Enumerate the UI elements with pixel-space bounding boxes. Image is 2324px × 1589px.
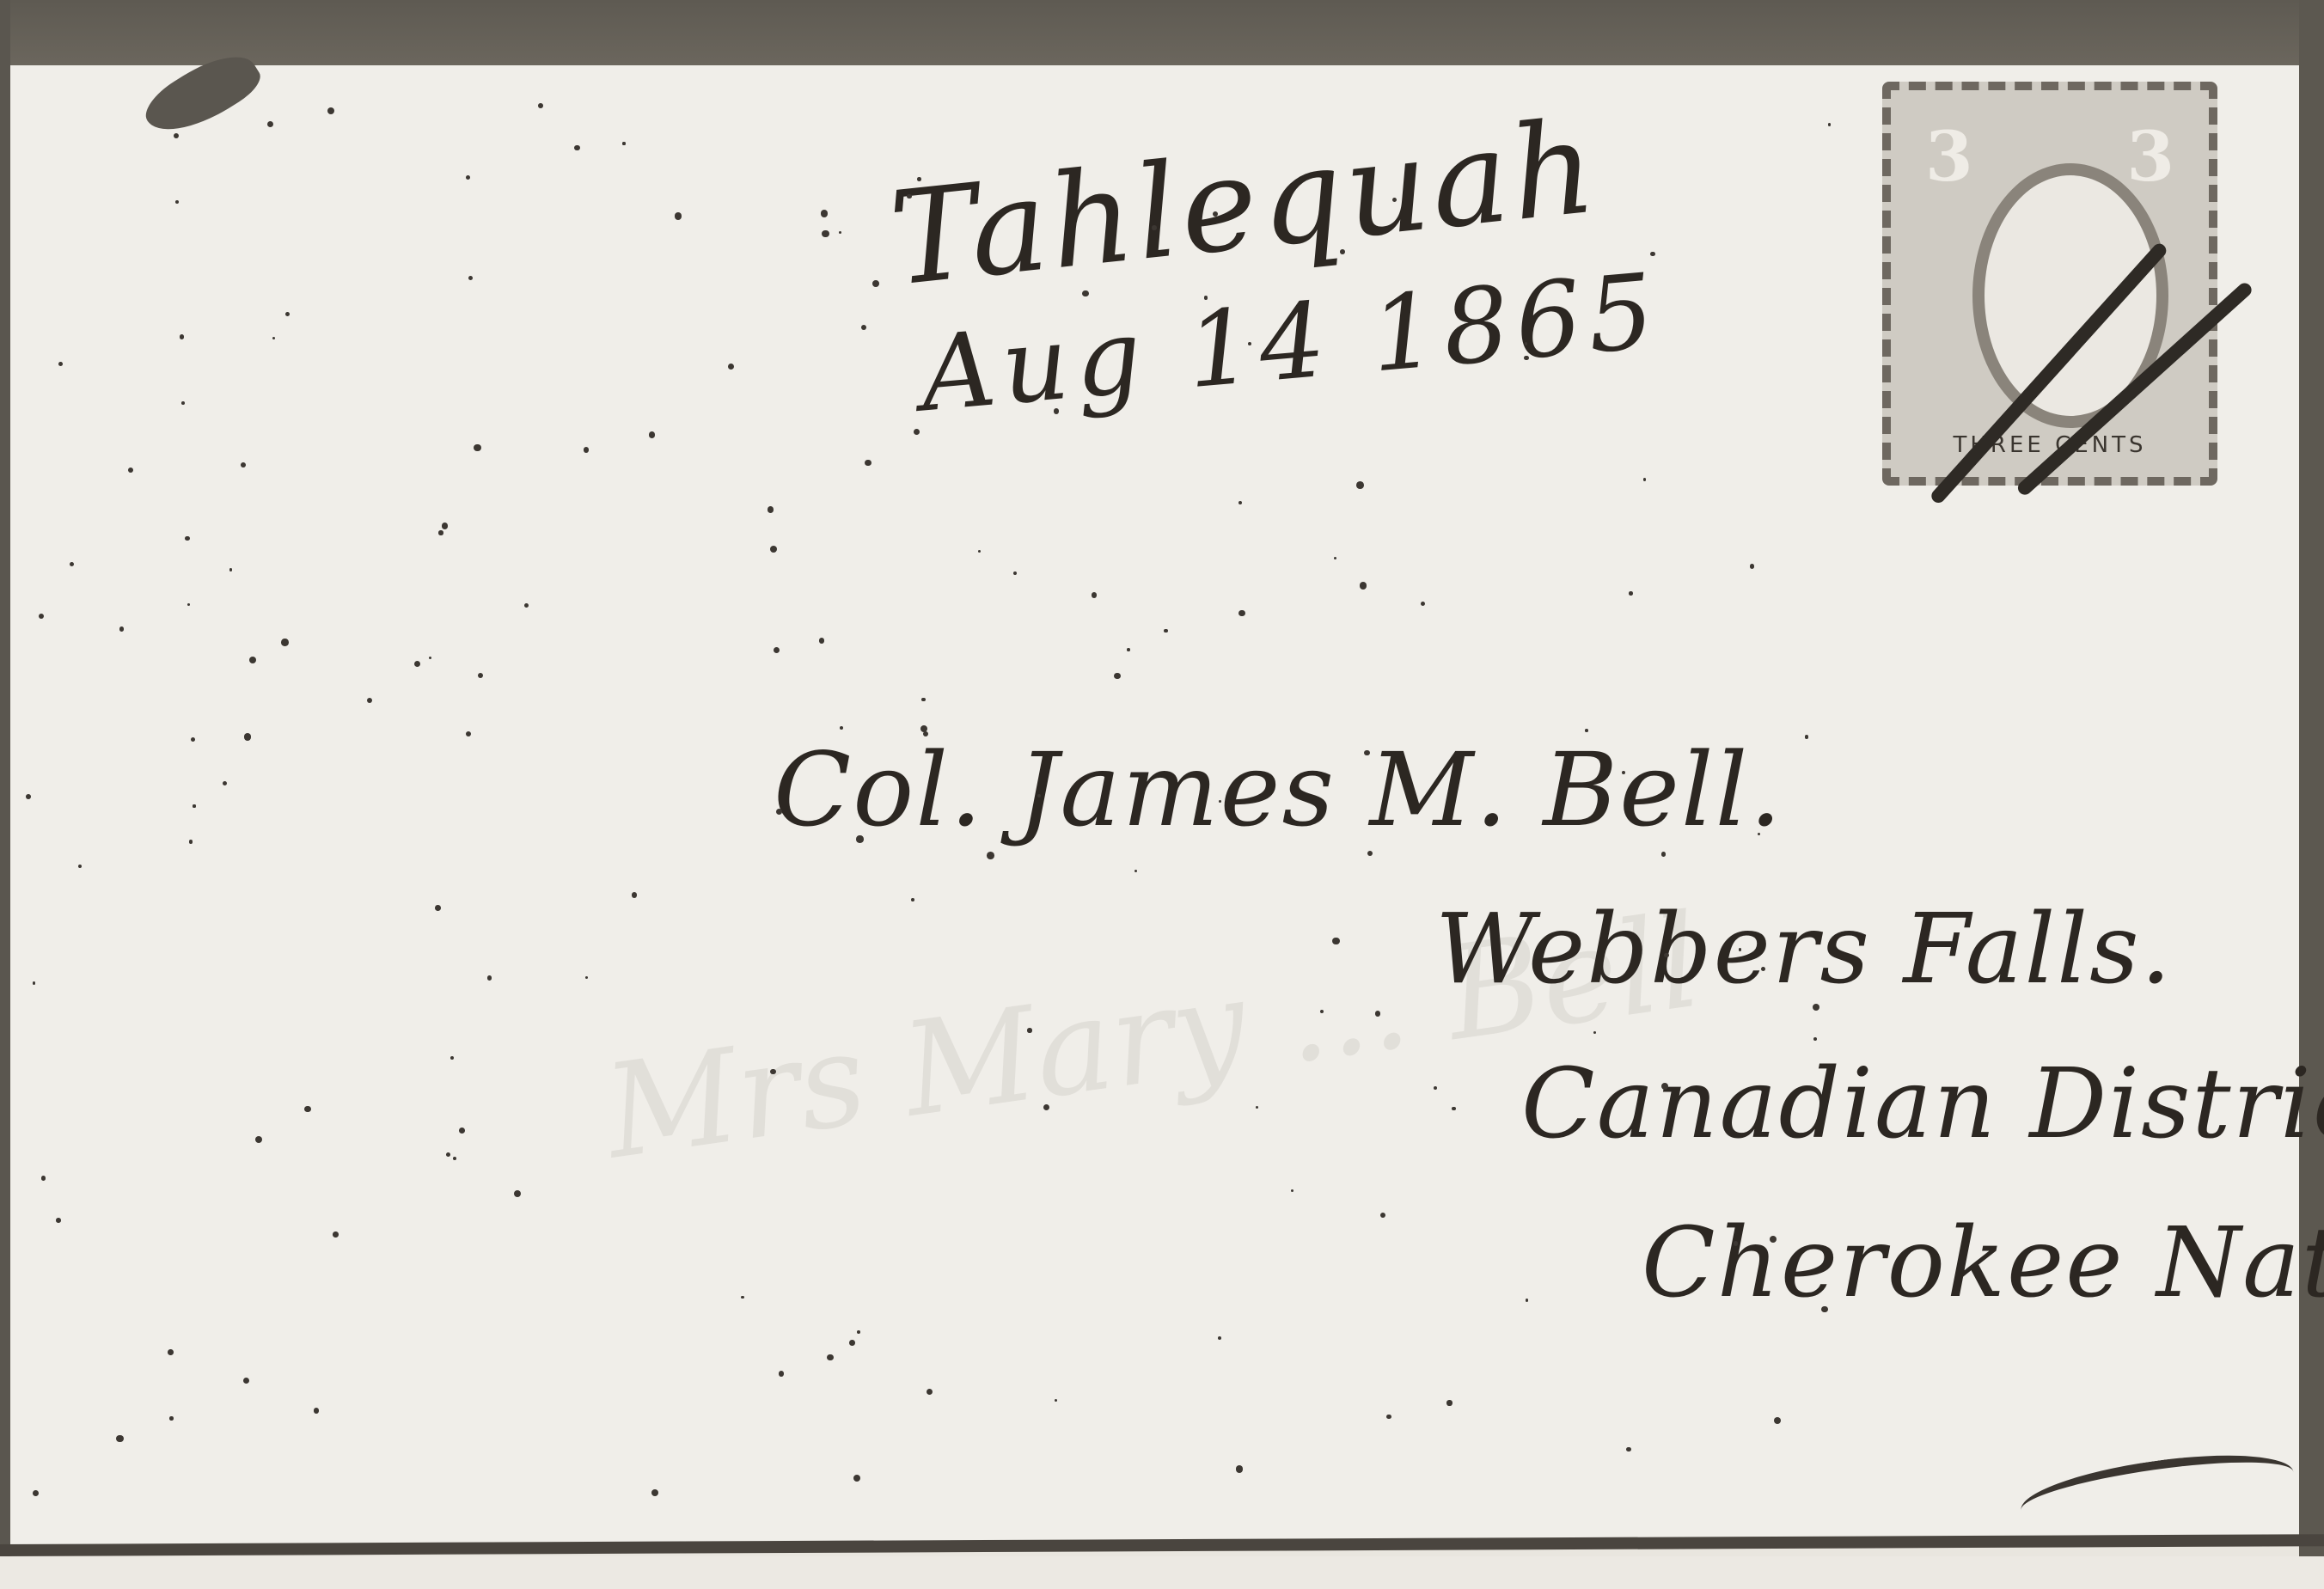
speck (1238, 610, 1245, 616)
speck (174, 133, 179, 138)
speck (1152, 225, 1156, 229)
speck (1446, 1400, 1452, 1405)
speck (272, 337, 275, 339)
speck (1367, 851, 1373, 856)
speck (1364, 750, 1369, 755)
stamp-numeral-right: 3 (2126, 116, 2174, 197)
speck (1664, 953, 1668, 957)
speck (1204, 296, 1208, 299)
speck (1213, 211, 1218, 217)
speck (459, 1128, 465, 1134)
speck (26, 794, 31, 799)
speck (514, 1190, 521, 1197)
speck (327, 107, 334, 114)
speck (1375, 1011, 1380, 1016)
speck (927, 1389, 933, 1395)
speck (978, 550, 981, 553)
speck (1356, 481, 1364, 489)
speck (917, 177, 921, 181)
speck (1043, 1104, 1049, 1110)
speck (193, 804, 195, 807)
speck (70, 562, 74, 566)
speck (853, 1475, 860, 1482)
speck (285, 312, 290, 316)
speck (1524, 356, 1528, 360)
speck (1661, 1083, 1668, 1090)
speck (453, 1157, 456, 1160)
stamp-numeral-left: 3 (1925, 116, 1973, 197)
speck (632, 892, 637, 897)
speck (41, 1176, 46, 1181)
speck (1813, 1004, 1819, 1011)
speck (819, 638, 824, 643)
speck (1340, 249, 1345, 254)
speck (1386, 1415, 1391, 1420)
speck (1585, 729, 1588, 732)
stamp-caption: THREE CENTS (1891, 432, 2209, 458)
speck (56, 1218, 61, 1223)
speck (1629, 591, 1632, 595)
speck (907, 194, 911, 199)
speck (1054, 408, 1060, 414)
speck (1805, 735, 1808, 738)
speck (584, 447, 589, 452)
photo-frame-left-border (0, 0, 10, 1589)
speck (175, 200, 179, 204)
speck (281, 639, 289, 646)
speck (1082, 290, 1088, 296)
speck (128, 468, 133, 473)
speck (1828, 123, 1831, 125)
stamp-body: 3 3 THREE CENTS (1882, 82, 2217, 486)
address-line-nation: Cherokee Nation (1642, 1207, 2324, 1319)
speck (169, 1416, 173, 1420)
speck (249, 657, 256, 663)
speck (1027, 1028, 1031, 1032)
speck (538, 103, 543, 108)
speck (1248, 342, 1251, 345)
speck (856, 835, 863, 842)
speck (872, 280, 879, 287)
speck (333, 1231, 338, 1237)
speck (1643, 478, 1646, 480)
speck (849, 1340, 855, 1346)
speck (1236, 1465, 1243, 1472)
photo-frame-right-border (2299, 0, 2324, 1589)
speck (435, 905, 441, 911)
speck (1734, 1241, 1738, 1245)
speck (649, 431, 655, 437)
speck (987, 852, 994, 859)
speck (33, 1490, 39, 1496)
speck (675, 212, 682, 219)
speck (827, 1354, 833, 1360)
page-margin-below (0, 1556, 2324, 1589)
speck (438, 530, 443, 535)
speck (119, 626, 125, 632)
speck (181, 401, 185, 405)
speck (741, 1296, 744, 1299)
address-line-name: Col. James M. Bell. (774, 730, 1783, 849)
speck (487, 975, 492, 981)
speck (1622, 771, 1625, 774)
speck (474, 444, 481, 452)
speck (446, 1152, 450, 1157)
speck (429, 657, 431, 659)
speck (861, 325, 866, 330)
speck (524, 603, 529, 608)
speck (168, 1349, 174, 1355)
speck (1114, 673, 1121, 680)
speck (770, 1069, 776, 1075)
speck (1037, 794, 1041, 798)
speck (651, 1489, 658, 1496)
speck (1164, 629, 1168, 633)
speck (857, 1330, 860, 1334)
speck (1525, 342, 1527, 345)
speck (1360, 582, 1367, 590)
speck (1813, 1037, 1817, 1041)
speck (911, 898, 914, 901)
speck (243, 1378, 249, 1384)
speck (244, 733, 252, 741)
speck (304, 1106, 310, 1112)
speck (1127, 648, 1130, 651)
speck (1821, 1306, 1828, 1313)
speck (1739, 948, 1742, 951)
address-line-district: Canadian District (1521, 1048, 2324, 1160)
address-line-town: Webbers Falls. (1435, 894, 2173, 1005)
speck (585, 976, 588, 979)
speck (1013, 571, 1017, 575)
speck (450, 1056, 454, 1060)
postage-stamp: 3 3 THREE CENTS (1848, 39, 2260, 529)
speck (622, 142, 625, 144)
speck (779, 1371, 784, 1376)
